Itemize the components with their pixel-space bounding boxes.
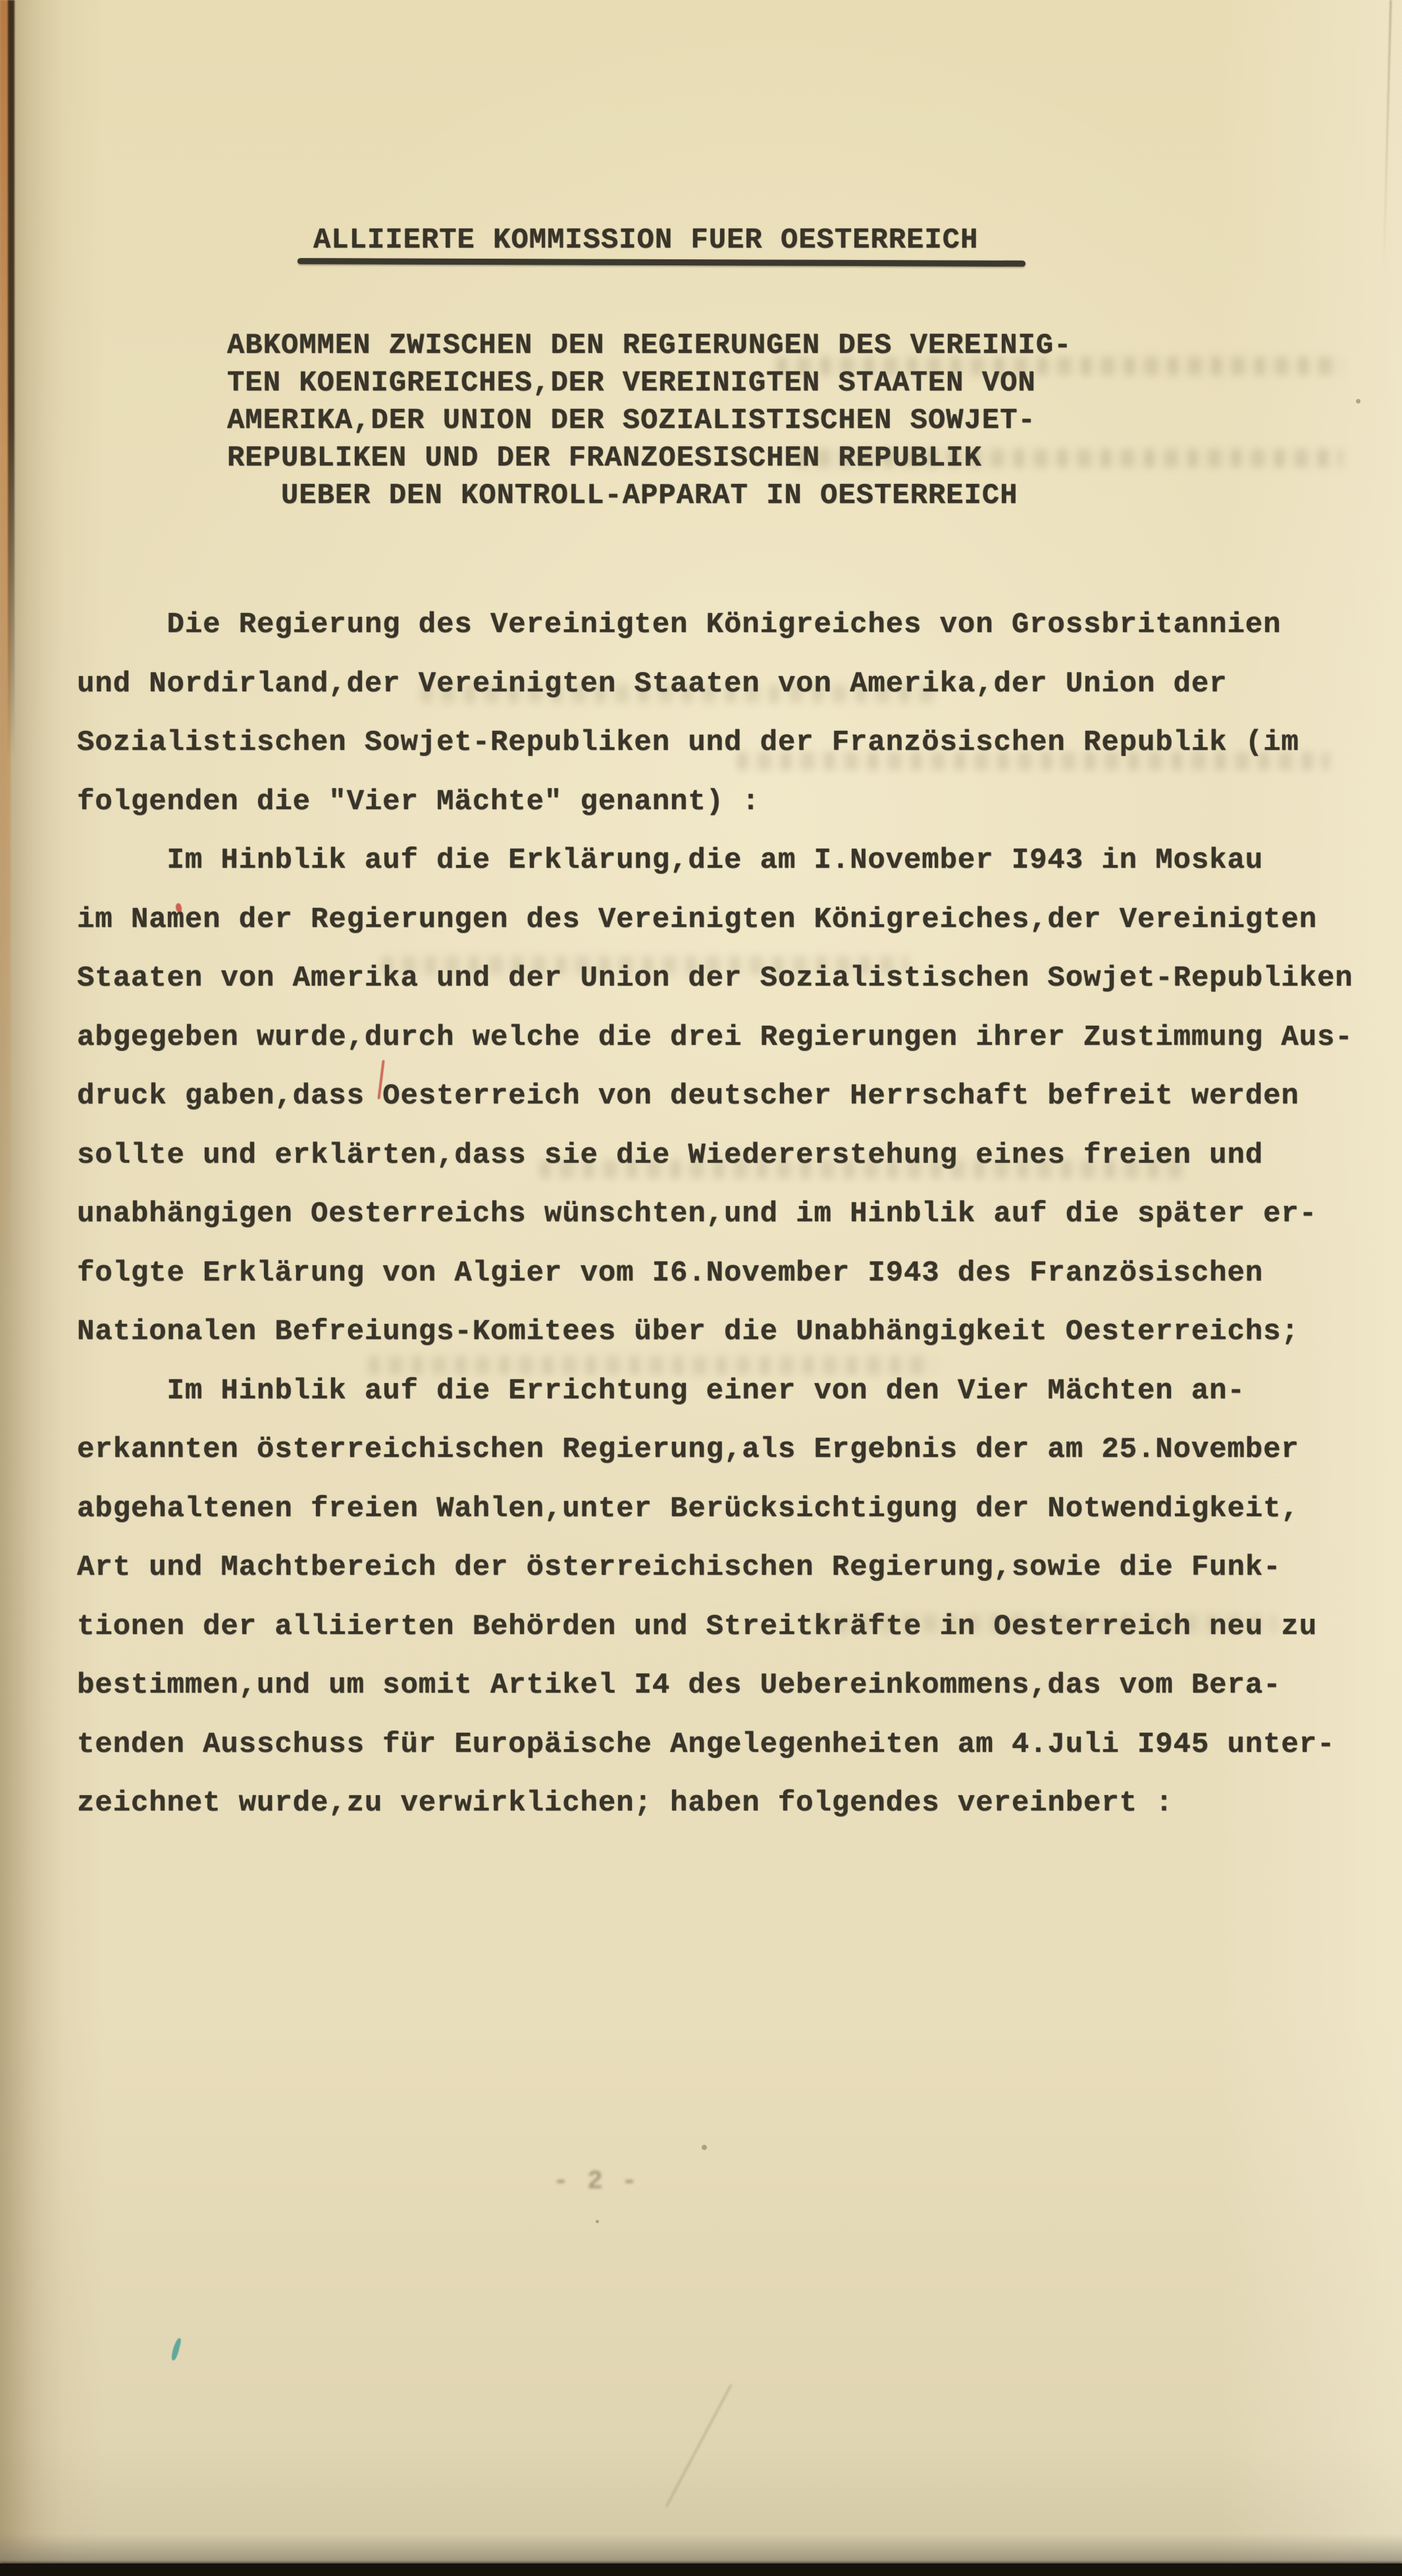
body-line: zeichnet wurde,zu verwirklichen; haben f… <box>77 1774 1353 1833</box>
body-line: bestimmen,und um somit Artikel I4 des Ue… <box>77 1656 1353 1716</box>
document-title: ALLIIERTE KOMMISSION FUER OESTERREICH <box>313 224 978 257</box>
body-line: Im Hinblik auf die Errichtung einer von … <box>77 1362 1353 1421</box>
subtitle-line: REPUBLIKEN UND DER FRANZOESISCHEN REPUBL… <box>227 440 1072 477</box>
document-subtitle: ABKOMMEN ZWISCHEN DEN REGIERUNGEN DES VE… <box>227 327 1072 515</box>
body-line: abgehaltenen freien Wahlen,unter Berücks… <box>77 1480 1353 1539</box>
body-line: folgenden die "Vier Mächte" genannt) : <box>77 773 1353 832</box>
body-line: und Nordirland,der Vereinigten Staaten v… <box>77 655 1353 714</box>
body-line: Staaten von Amerika und der Union der So… <box>77 949 1353 1009</box>
body-line: Die Regierung des Vereinigten Königreich… <box>77 596 1353 655</box>
document-page: - 2 - ALLIIERTE KOMMISSION FUER OESTERRE… <box>0 0 1402 2576</box>
document-body: Die Regierung des Vereinigten Königreich… <box>77 596 1353 1833</box>
page-edge-hairline <box>1383 0 1392 276</box>
paper-speck <box>702 2145 707 2150</box>
scan-bottom-edge <box>0 2563 1402 2576</box>
subtitle-line: TEN KOENIGREICHES,DER VEREINIGTEN STAATE… <box>227 365 1072 402</box>
binding-spine-shadow <box>8 0 14 757</box>
subtitle-line: ABKOMMEN ZWISCHEN DEN REGIERUNGEN DES VE… <box>227 327 1072 365</box>
title-underline <box>298 258 1026 267</box>
subtitle-line: UEBER DEN KONTROLL-APPARAT IN OESTERREIC… <box>227 477 1072 515</box>
body-line: tionen der alliierten Behörden und Strei… <box>77 1598 1353 1657</box>
body-line: sollte und erklärten,dass sie die Wieder… <box>77 1126 1353 1186</box>
body-line: druck gaben,dass Oesterreich von deutsch… <box>77 1067 1353 1126</box>
body-line: abgegeben wurde,durch welche die drei Re… <box>77 1009 1353 1068</box>
body-line: Art und Machtbereich der österreichische… <box>77 1538 1353 1598</box>
body-line: Nationalen Befreiungs-Komitees über die … <box>77 1303 1353 1362</box>
body-line: erkannten österreichischen Regierung,als… <box>77 1421 1353 1480</box>
body-line: Im Hinblik auf die Erklärung,die am I.No… <box>77 831 1353 891</box>
teal-pencil-mark <box>170 2337 182 2361</box>
paper-crease-line <box>665 2384 732 2508</box>
bleedthrough-page-number: - 2 - <box>553 2167 638 2197</box>
body-line: folgte Erklärung von Algier vom I6.Novem… <box>77 1244 1353 1303</box>
subtitle-line: AMERIKA,DER UNION DER SOZIALISTISCHEN SO… <box>227 402 1072 440</box>
body-line: tenden Ausschuss für Europäische Angeleg… <box>77 1716 1353 1775</box>
bottom-edge-shadow <box>0 2534 1402 2565</box>
paper-speck <box>596 2220 599 2223</box>
body-line: im Namen der Regierungen des Vereinigten… <box>77 891 1353 950</box>
body-line: Sozialistischen Sowjet-Republiken und de… <box>77 714 1353 773</box>
body-line: unabhängigen Oesterreichs wünschten,und … <box>77 1185 1353 1244</box>
paper-speck <box>1356 399 1361 404</box>
